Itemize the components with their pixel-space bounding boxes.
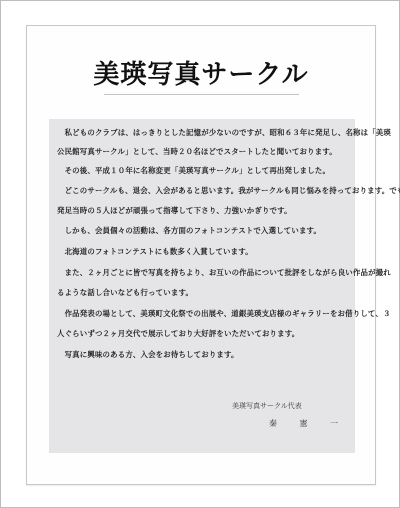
document-title: 美瑛写真サークル — [27, 58, 375, 92]
body-text-box: 私どものクラブは、はっきりとした記憶が少ないのですが、昭和６３年に発足し、名称は… — [49, 119, 355, 453]
body-line: 北海道のフォトコンテストにも数多く入賞しています。 — [57, 242, 349, 261]
body-line: その後、平成１０年に名称変更「美瑛写真サークル」として再出発しました。 — [57, 161, 349, 180]
body-line: 発足当時の５人ほどが頑張って指導して下さり、力強いかぎりです。 — [57, 201, 349, 220]
body-line: どこのサークルも、退会、入会があると思います。我がサークルも同じ悩みを持っており… — [57, 181, 349, 200]
outer-frame: 美瑛写真サークル 私どものクラブは、はっきりとした記憶が少ないのですが、昭和６３… — [0, 0, 400, 508]
body-line: 公民館写真サークル」として、当時２０名ほどでスタートしたと聞いております。 — [57, 142, 349, 161]
signature-organization: 美瑛写真サークル代表 — [232, 401, 302, 411]
body-line: 写真に興味のある方、入会をお待ちしております。 — [57, 345, 349, 364]
document-card: 美瑛写真サークル 私どものクラブは、はっきりとした記憶が少ないのですが、昭和６３… — [26, 25, 376, 485]
signature-name: 秦 憲 一 — [269, 418, 348, 429]
body-line: また、２ヶ月ごとに皆で写真を持ちより、お互いの作品について批評をしながら良い作品… — [57, 263, 349, 282]
body-line: るような話し合いなども行っています。 — [57, 283, 349, 302]
body-line: しかも、会員個々の活動は、各方面のフォトコンテストで入選しています。 — [57, 221, 349, 240]
body-line: 私どものクラブは、はっきりとした記憶が少ないのですが、昭和６３年に発足し、名称は… — [57, 123, 349, 142]
body-line: 人ぐらいずつ２ヶ月交代で展示しており大好評をいただいております。 — [57, 324, 349, 343]
body-line: 作品発表の場として、美瑛町文化祭での出展や、道銀美瑛支店様のギャラリーをお借りし… — [57, 304, 349, 323]
title-underline — [104, 94, 299, 95]
